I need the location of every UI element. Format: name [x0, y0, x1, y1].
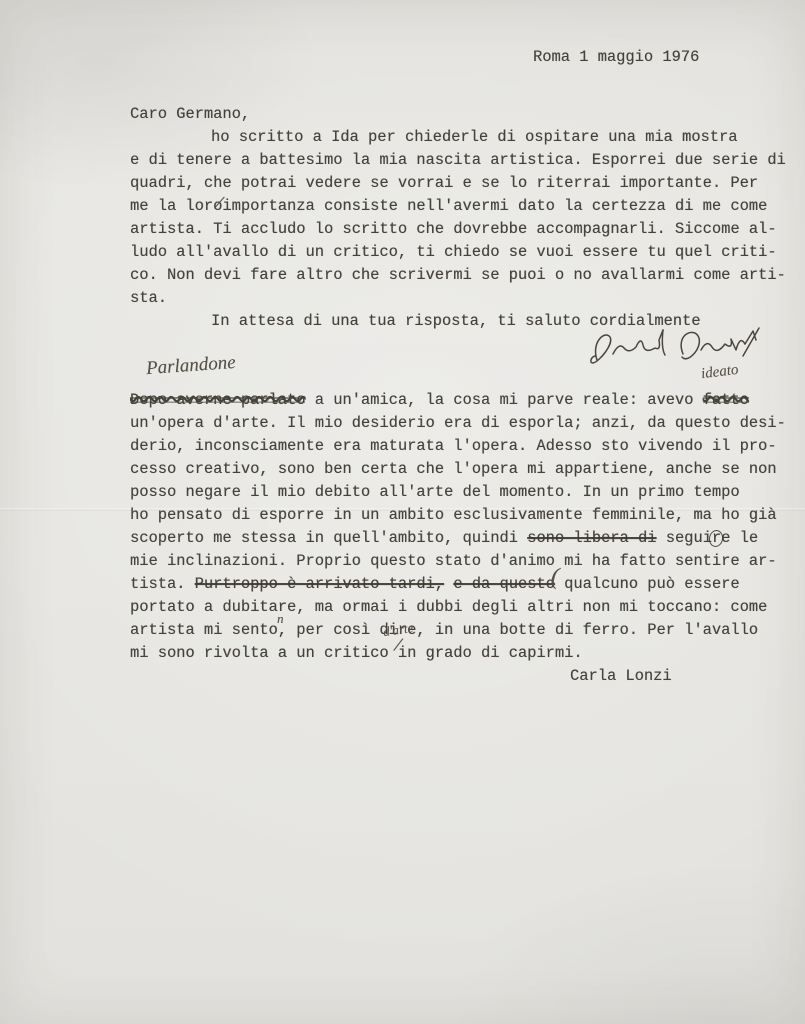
typed-text: sta. — [130, 289, 167, 307]
struck-out-text: Dopo averne parlato — [130, 391, 305, 409]
typed-text: portato a dubitare, ma ormai i dubbi deg… — [130, 598, 767, 616]
typed-text: e di tenere a battesimo la mia nascita a… — [130, 151, 786, 169]
typed-text: tista. — [130, 575, 195, 593]
typed-text: ho pensato di esporre in un ambito esclu… — [130, 506, 777, 524]
typed-text: posso negare il mio debito all'arte del … — [130, 483, 740, 501]
typed-text: a un'amica, la cosa mi parve reale: avev… — [305, 391, 702, 409]
typed-line: artista. Ti accludo lo scritto che dovre… — [130, 218, 805, 241]
struck-out-text: fatto — [703, 391, 749, 409]
typed-text: artista. Ti accludo lo scritto che dovre… — [130, 220, 777, 238]
typed-text: segui — [656, 529, 711, 547]
struck-out-text: e da questo — [453, 575, 555, 593]
struck-out-text: Purtroppo è arrivato tardi, — [195, 575, 444, 593]
typed-line: cesso creativo, sono ben certa che l'ope… — [130, 458, 805, 481]
handwritten-annotation-parlandone: Parlandone — [145, 352, 236, 380]
typed-text: me la loroimportanza consiste nell'averm… — [130, 197, 767, 215]
typed-text: quadri, che potrai vedere se vorrai e se… — [130, 174, 758, 192]
typed-line: ho pensato di esporre in un ambito esclu… — [130, 504, 805, 527]
typed-line: e di tenere a battesimo la mia nascita a… — [130, 149, 805, 172]
typed-text: co. Non devi fare altro che scrivermi se… — [130, 266, 786, 284]
letter-page: Roma 1 maggio 1976 Caro Germano, ho scri… — [0, 0, 805, 1024]
typed-text: mi sono rivolta a un critico in grado di… — [130, 644, 583, 662]
typed-signature-name: Carla Lonzi — [570, 665, 672, 688]
handwritten-annotation-inserted-n: n — [277, 611, 284, 627]
typed-line: ho scritto a Ida per chiederle di ospita… — [130, 126, 805, 149]
typed-text: qualcuno può essere — [555, 575, 740, 593]
typed-text: derio, inconsciamente era maturata l'ope… — [130, 437, 777, 455]
typed-text: un'opera d'arte. Il mio desiderio era di… — [130, 414, 786, 432]
typed-text: e le — [721, 529, 758, 547]
typed-text: scoperto me stessa in quell'ambito, quin… — [130, 529, 527, 547]
typed-line: me la loroimportanza consiste nell'averm… — [130, 195, 805, 218]
typed-line: Dopo averne parlato a un'amica, la cosa … — [130, 389, 805, 412]
typed-line: posso negare il mio debito all'arte del … — [130, 481, 805, 504]
typed-line: artista mi sento, per così dire, in una … — [130, 619, 805, 642]
typed-text: cesso creativo, sono ben certa che l'ope… — [130, 460, 777, 478]
typed-line: portato a dubitare, ma ormai i dubbi deg… — [130, 596, 805, 619]
handwritten-annotation-ideato: ideato — [700, 362, 739, 383]
typed-line: quadri, che potrai vedere se vorrai e se… — [130, 172, 805, 195]
typed-line: mi sono rivolta a un critico in grado di… — [130, 642, 805, 665]
typed-text — [444, 575, 453, 593]
letter-salutation: Caro Germano, — [130, 103, 250, 126]
typed-line: scoperto me stessa in quell'ambito, quin… — [130, 527, 805, 550]
typed-line: ludo all'avallo di un critico, ti chiedo… — [130, 241, 805, 264]
overtyped-character: r — [712, 529, 721, 547]
typed-line: derio, inconsciamente era maturata l'ope… — [130, 435, 805, 458]
paragraph-1: ho scritto a Ida per chiederle di ospita… — [130, 126, 805, 310]
typed-text: ludo all'avallo di un critico, ti chiedo… — [130, 243, 777, 261]
typed-line: co. Non devi fare altro che scrivermi se… — [130, 264, 805, 287]
typed-text: mie inclinazioni. Proprio questo stato d… — [130, 552, 777, 570]
typed-line: sta. — [130, 287, 805, 310]
typed-text: ho scritto a Ida per chiederle di ospita… — [211, 128, 737, 146]
typed-text: artista mi sento, per così dire, in una … — [130, 621, 758, 639]
typed-line: tista. Purtroppo è arrivato tardi, e da … — [130, 573, 805, 596]
typed-line: mie inclinazioni. Proprio questo stato d… — [130, 550, 805, 573]
letter-date: Roma 1 maggio 1976 — [533, 46, 699, 69]
struck-out-text: sono libera di — [527, 529, 656, 547]
typed-line: un'opera d'arte. Il mio desiderio era di… — [130, 412, 805, 435]
paragraph-2: Dopo averne parlato a un'amica, la cosa … — [130, 389, 805, 665]
